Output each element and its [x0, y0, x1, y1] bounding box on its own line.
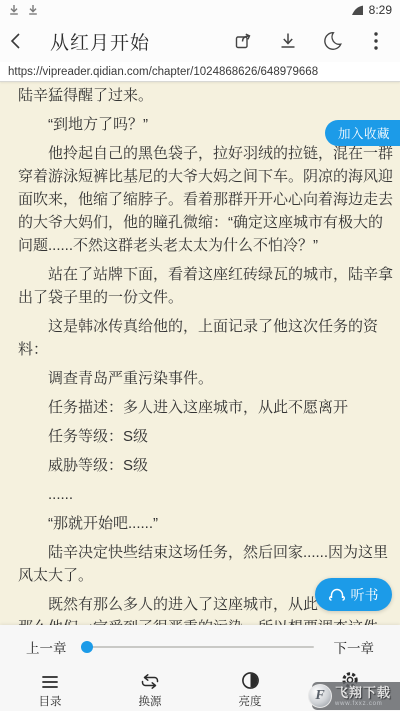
- toc-icon: [41, 668, 59, 690]
- reading-progress-slider[interactable]: [81, 640, 314, 654]
- share-button[interactable]: [232, 29, 256, 53]
- text-line: 调查青岛严重污染事件。: [18, 367, 382, 390]
- watermark-title: 飞翔下载: [335, 686, 391, 699]
- listen-book-label: 听书: [351, 585, 379, 605]
- status-bar: 8:29: [0, 0, 400, 20]
- text-line: ......: [18, 483, 382, 506]
- brightness-contrast-icon: [241, 668, 260, 690]
- text-line: 他拎起自己的黑色袋子，拉好羽绒的拉链，混在一群: [18, 142, 382, 165]
- text-line: 任务描述：多人进入这座城市，从此不愿离开: [18, 396, 382, 419]
- watermark-subtitle: www.fxxz.com: [335, 701, 391, 707]
- download-notification-icon: [8, 4, 20, 16]
- text-line: 料：: [18, 338, 382, 361]
- download-notification-icon: [27, 4, 39, 16]
- toolbar-item-change-source[interactable]: 换源: [100, 668, 200, 709]
- text-line: 出了袋子里的一份文件。: [18, 286, 382, 309]
- next-chapter-button[interactable]: 下一章: [334, 637, 375, 657]
- slider-handle[interactable]: [81, 641, 93, 653]
- download-button[interactable]: [276, 29, 300, 53]
- night-mode-button[interactable]: [320, 29, 344, 53]
- kebab-menu-icon: [373, 31, 379, 51]
- page-url: https://vipreader.qidian.com/chapter/102…: [8, 66, 318, 78]
- text-line: 站在了站牌下面，看着这座红砖绿瓦的城市，陆辛拿: [18, 263, 382, 286]
- watermark-badge: F 飞翔下载 www.fxxz.com: [312, 682, 400, 710]
- nav-bar: 从红月开始: [0, 20, 400, 62]
- text-line: 这是韩冰传真给他的，上面记录了他这次任务的资: [18, 315, 382, 338]
- moon-icon: [321, 30, 343, 52]
- text-line: 威胁等级：S级: [18, 454, 382, 477]
- notification-icons: [8, 4, 39, 16]
- watermark-logo: F: [308, 684, 332, 708]
- text-line: 面吹来，他缩了缩脖子。看着那群开开心心向着海边走去: [18, 188, 382, 211]
- text-line: 陆辛决定快些结束这场任务，然后回家......因为这里: [18, 541, 382, 564]
- download-icon: [278, 31, 298, 51]
- text-line: 任务等级：S级: [18, 425, 382, 448]
- listen-book-button[interactable]: 听书: [315, 578, 392, 611]
- toolbar-item-brightness[interactable]: 亮度: [200, 668, 300, 709]
- back-button[interactable]: [0, 20, 34, 62]
- text-line: “那就开始吧......”: [18, 512, 382, 535]
- toolbar-item-catalog[interactable]: 目录: [0, 668, 100, 709]
- reader-content: 陆辛猛得醒了过来。“到地方了吗？”他拎起自己的黑色袋子，拉好羽绒的拉链，混在一群…: [0, 82, 400, 625]
- wifi-icon: [351, 5, 364, 16]
- text-line: 穿着游泳短裤比基尼的大爷大妈之间下车。阴凉的海风迎: [18, 165, 382, 188]
- clock-time: 8:29: [369, 3, 392, 17]
- overflow-menu-button[interactable]: [364, 29, 388, 53]
- reader-app-screen: 8:29 从红月开始: [0, 0, 400, 711]
- toolbar-item-label: 目录: [39, 693, 62, 709]
- reader-text: 陆辛猛得醒了过来。“到地方了吗？”他拎起自己的黑色袋子，拉好羽绒的拉链，混在一群…: [18, 84, 382, 625]
- text-line: 的大爷大妈们，他的瞳孔微缩：“确定这座城市有极大的: [18, 211, 382, 234]
- prev-chapter-button[interactable]: 上一章: [26, 637, 67, 657]
- headphones-icon: [329, 587, 345, 602]
- text-line: 那么他们一定受到了很严重的污染，所以想要调查这件: [18, 616, 382, 625]
- toolbar-item-label: 亮度: [239, 693, 262, 709]
- add-favorite-button[interactable]: 加入收藏: [325, 120, 400, 146]
- text-line: 问题......不然这群老头老太太为什么不怕冷？”: [18, 234, 382, 257]
- slider-track: [81, 646, 314, 648]
- toolbar-item-label: 换源: [139, 693, 162, 709]
- text-line: 陆辛猛得醒了过来。: [18, 84, 382, 107]
- address-bar[interactable]: https://vipreader.qidian.com/chapter/102…: [0, 62, 400, 82]
- share-icon: [233, 30, 255, 52]
- chapter-nav-row: 上一章 下一章: [0, 628, 400, 666]
- page-title: 从红月开始: [50, 28, 150, 55]
- swap-source-icon: [139, 668, 161, 690]
